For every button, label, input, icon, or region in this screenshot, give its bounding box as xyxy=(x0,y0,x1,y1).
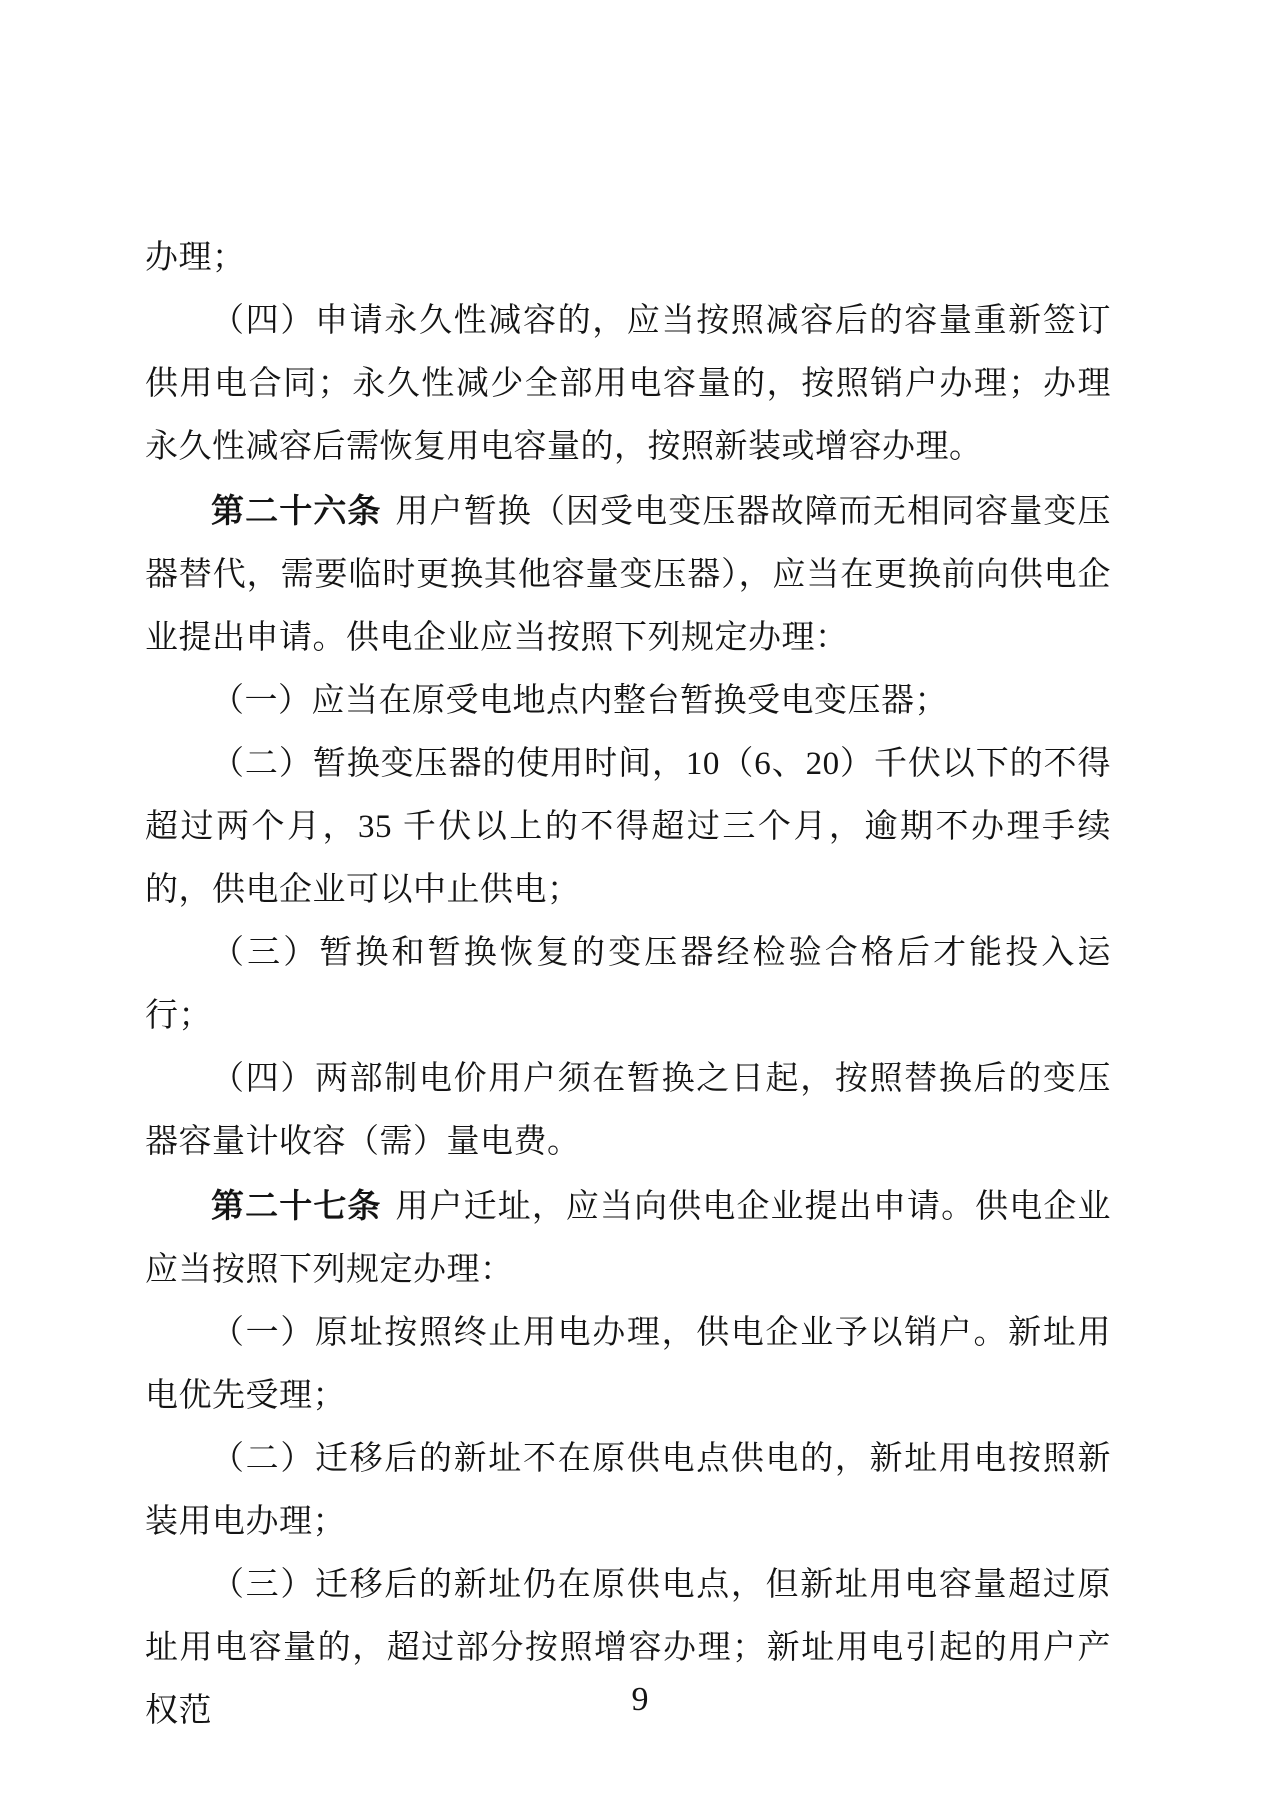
paragraph-text: （一）原址按照终止用电办理，供电企业予以销户。新址用电优先受理； xyxy=(145,1315,1111,1414)
document-body: 办理； （四）申请永久性减容的，应当按照减容后的容量重新签订供用电合同；永久性减… xyxy=(145,227,1111,1743)
paragraph-article-26: 第二十六条用户暂换（因受电变压器故障而无相同容量变压器替代，需要临时更换其他容量… xyxy=(145,479,1111,670)
page-footer: 9 xyxy=(0,1668,1280,1731)
paragraph-item-1: （一）应当在原受电地点内整台暂换受电变压器； xyxy=(145,670,1111,733)
paragraph-text: （四）申请永久性减容的，应当按照减容后的容量重新签订供用电合同；永久性减少全部用… xyxy=(145,303,1111,465)
paragraph-text: （一）应当在原受电地点内整台暂换受电变压器； xyxy=(211,683,948,719)
paragraph-item-3: （三）暂换和暂换恢复的变压器经检验合格后才能投入运行； xyxy=(145,922,1111,1048)
paragraph-text: （三）暂换和暂换恢复的变压器经检验合格后才能投入运行； xyxy=(145,935,1111,1034)
paragraph-item-2: （二）迁移后的新址不在原供电点供电的，新址用电按照新装用电办理； xyxy=(145,1428,1111,1554)
paragraph-article-27: 第二十七条用户迁址，应当向供电企业提出申请。供电企业应当按照下列规定办理： xyxy=(145,1174,1111,1302)
document-page: 办理； （四）申请永久性减容的，应当按照减容后的容量重新签订供用电合同；永久性减… xyxy=(0,0,1280,1810)
paragraph-item-2: （二）暂换变压器的使用时间，10（6、20）千伏以下的不得超过两个月，35 千伏… xyxy=(145,733,1111,922)
paragraph-continuation: 办理； xyxy=(145,227,1111,290)
paragraph-item-4: （四）两部制电价用户须在暂换之日起，按照替换后的变压器容量计收容（需）量电费。 xyxy=(145,1048,1111,1174)
page-number: 9 xyxy=(632,1681,649,1718)
paragraph-text: （四）两部制电价用户须在暂换之日起，按照替换后的变压器容量计收容（需）量电费。 xyxy=(145,1061,1111,1160)
paragraph: （四）申请永久性减容的，应当按照减容后的容量重新签订供用电合同；永久性减少全部用… xyxy=(145,290,1111,479)
paragraph-text: （二）暂换变压器的使用时间，10（6、20）千伏以下的不得超过两个月，35 千伏… xyxy=(145,746,1111,908)
article-number: 第二十七条 xyxy=(211,1187,382,1224)
article-number: 第二十六条 xyxy=(211,492,382,529)
paragraph-text: （二）迁移后的新址不在原供电点供电的，新址用电按照新装用电办理； xyxy=(145,1441,1111,1540)
paragraph-item-1: （一）原址按照终止用电办理，供电企业予以销户。新址用电优先受理； xyxy=(145,1302,1111,1428)
paragraph-text: 办理； xyxy=(145,240,246,276)
